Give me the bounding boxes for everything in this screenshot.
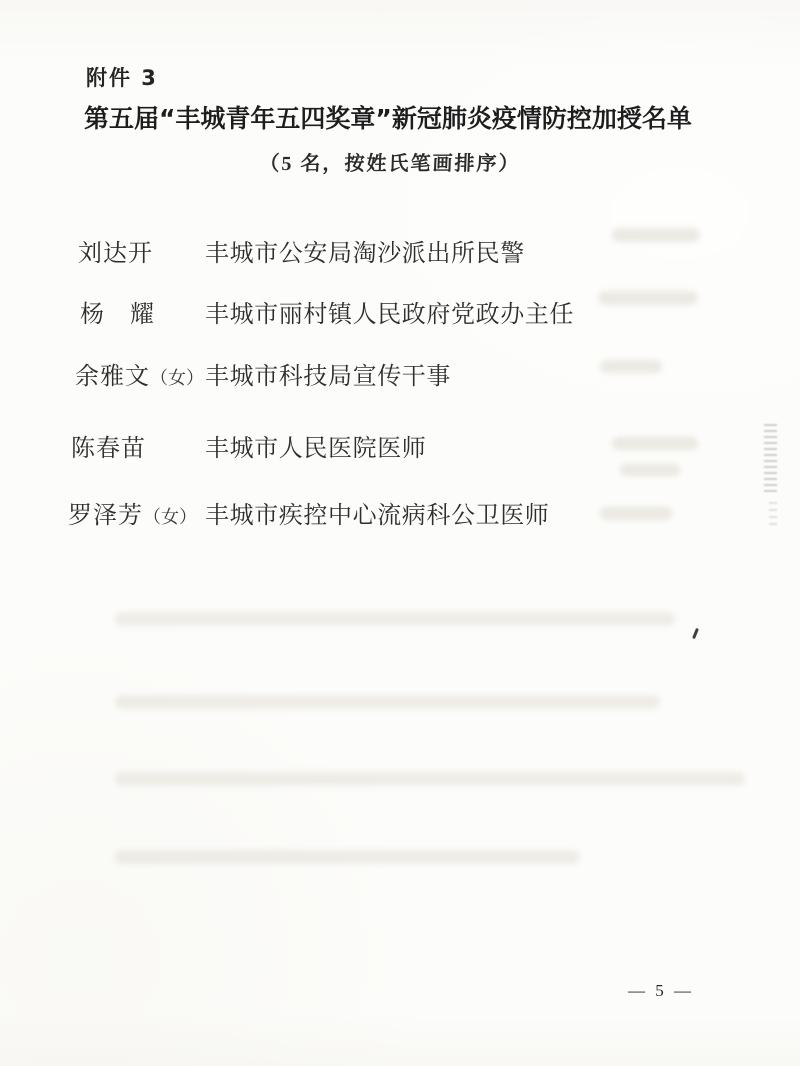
awardee-position: 丰城市科技局宣传干事 — [205, 356, 451, 391]
bleedthrough-smudge — [115, 612, 675, 626]
document-title: 第五届“丰城青年五四奖章”新冠肺炎疫情防控加授名单 — [84, 99, 692, 135]
awardee-position: 丰城市疾控中心流病科公卫医师 — [205, 495, 549, 530]
bleedthrough-smudge — [115, 772, 745, 786]
awardee-name: 罗泽芳 — [68, 503, 143, 529]
page-number: — 5 — — [628, 981, 694, 1001]
awardee-name: 余雅文 — [75, 364, 150, 390]
awardee-row: 刘达开 丰城市公安局淘沙派出所民警 — [0, 233, 800, 263]
awardee-gender-note: （女） — [143, 507, 197, 527]
awardee-name-wrap: 杨 耀 — [80, 294, 155, 329]
awardee-name-wrap: 陈春苗 — [71, 428, 146, 463]
awardee-position: 丰城市人民医院医师 — [205, 428, 426, 463]
awardee-name-wrap: 罗泽芳（女） — [68, 495, 197, 530]
pen-mark — [692, 628, 699, 639]
awardee-name-wrap: 刘达开 — [78, 233, 153, 268]
awardee-row: 罗泽芳（女） 丰城市疾控中心流病科公卫医师 — [0, 495, 800, 525]
bleedthrough-smudge — [115, 850, 580, 864]
awardee-name: 杨 耀 — [80, 302, 155, 328]
awardee-position: 丰城市丽村镇人民政府党政办主任 — [205, 294, 574, 329]
awardee-row: 余雅文（女） 丰城市科技局宣传干事 — [0, 356, 800, 386]
awardee-name: 陈春苗 — [71, 436, 146, 462]
awardee-row: 陈春苗 丰城市人民医院医师 — [0, 428, 800, 458]
margin-annotation-smudge — [769, 502, 777, 528]
bleedthrough-smudge — [115, 695, 660, 709]
margin-annotation-smudge — [764, 424, 777, 494]
scanned-document-page: 附件 3 第五届“丰城青年五四奖章”新冠肺炎疫情防控加授名单 （5 名，按姓氏笔… — [0, 0, 800, 1066]
awardee-row: 杨 耀 丰城市丽村镇人民政府党政办主任 — [0, 294, 800, 324]
awardee-name: 刘达开 — [78, 241, 153, 267]
bleedthrough-smudge — [620, 464, 680, 476]
awardee-position: 丰城市公安局淘沙派出所民警 — [205, 233, 525, 268]
awardee-gender-note: （女） — [150, 368, 204, 388]
awardee-name-wrap: 余雅文（女） — [75, 356, 204, 391]
document-subtitle: （5 名，按姓氏笔画排序） — [84, 147, 695, 176]
attachment-label: 附件 3 — [86, 62, 158, 92]
